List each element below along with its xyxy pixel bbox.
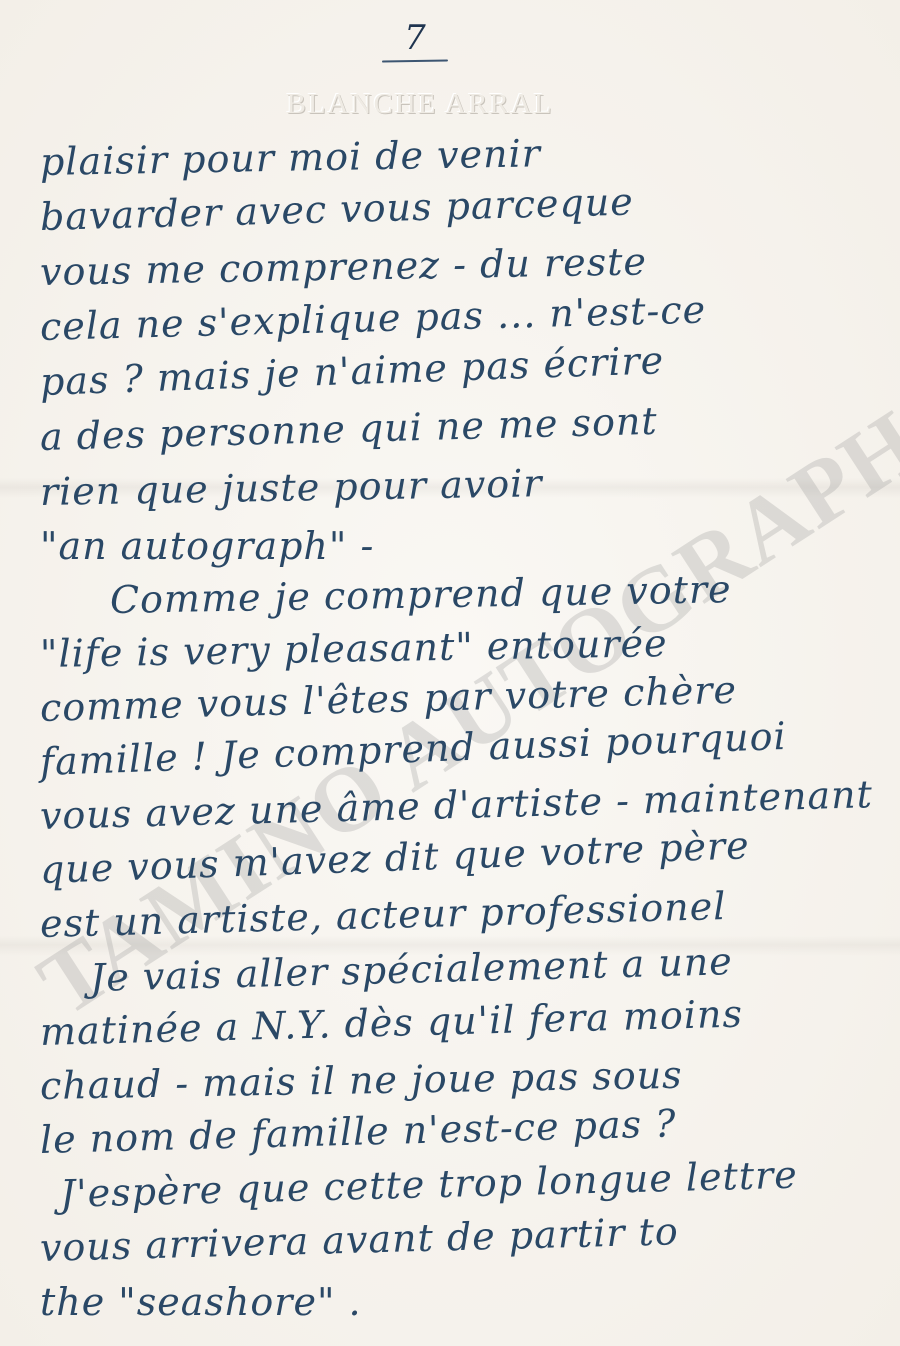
handwritten-line: rien que juste pour avoir	[40, 461, 543, 514]
handwritten-line: plaisir pour moi de venir	[40, 131, 542, 184]
page-number: 7	[380, 18, 450, 58]
letterhead: BLANCHE ARRAL	[220, 88, 620, 121]
handwritten-line: "an autograph" -	[40, 524, 374, 568]
handwritten-line: the "seashore" .	[40, 1280, 362, 1324]
